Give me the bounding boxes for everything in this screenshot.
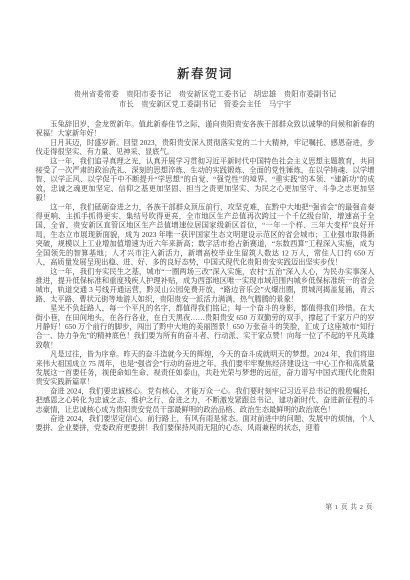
byline: 贵州省委常委 贵阳市委书记 贵安新区党工委书记 胡忠雄 贵阳市委副书记 市长 贵… xyxy=(0,90,410,110)
document-title: 新春贺词 xyxy=(0,0,410,82)
paragraph: 日月其迈，时盛岁新。回望 2023，贵阳贵安深入贯彻落实党的二十大精神，牢记嘱托… xyxy=(36,138,375,156)
paragraph: 凡是过往，皆为序章。昨天的奋斗造就今天的辉煌，今天的奋斗成就明天的梦想。2024… xyxy=(36,350,375,387)
page-footer: 第 1 页 共 2 页 xyxy=(37,501,373,511)
paragraph: 玉兔辞旧岁，金龙贺新年。值此新春佳节之际，谨向贵阳贵安各族干部群众致以诚挚的问候… xyxy=(36,120,375,138)
paragraph: 这一年，我们追寻真理之光，认真开展学习贯彻习近平新时代中国特色社会主义思想主题教… xyxy=(36,157,375,203)
document-content: 新春贺词 贵州省委常委 贵阳市委书记 贵安新区党工委书记 胡忠雄 贵阳市委副书记… xyxy=(0,0,410,580)
paragraph: 奋进 2024，我们要忠诚核心。党有核心，才能万众一心。我们要时刻牢记习近平总书… xyxy=(36,387,375,415)
paragraph: 这一年，我们砥砺奋进之力，各族干部群众顶压前行、攻坚克难，在黔中大地把“强省会”… xyxy=(36,203,375,267)
paragraph: 奋进 2024，我们要坚定信心。前行路上，有风有雨是常态。面对前进中的问题、发展… xyxy=(36,415,375,433)
page-indicator: 第 1 页 共 2 页 xyxy=(325,503,373,511)
document-page: 新春贺词 贵州省委常委 贵阳市委书记 贵安新区党工委书记 胡忠雄 贵阳市委副书记… xyxy=(0,0,410,580)
document-body: 玉兔辞旧岁，金龙贺新年。值此新春佳节之际，谨向贵阳贵安各族干部群众致以诚挚的问候… xyxy=(36,120,375,433)
byline-line-2: 市长 贵安新区党工委副书记 管委会主任 马宁宇 xyxy=(0,100,410,110)
paragraph: 这一年，我们夯实民生之基，城市“一圈两场三改”深入实施，农村“五治”深入人心，为… xyxy=(36,267,375,304)
byline-line-1: 贵州省委常委 贵阳市委书记 贵安新区党工委书记 胡忠雄 贵阳市委副书记 xyxy=(0,90,410,100)
paragraph: 星光不负赶路人，每一个平凡的名字，都值得我们铭记；每一个奋斗的身影，都值得我们珍… xyxy=(36,304,375,350)
